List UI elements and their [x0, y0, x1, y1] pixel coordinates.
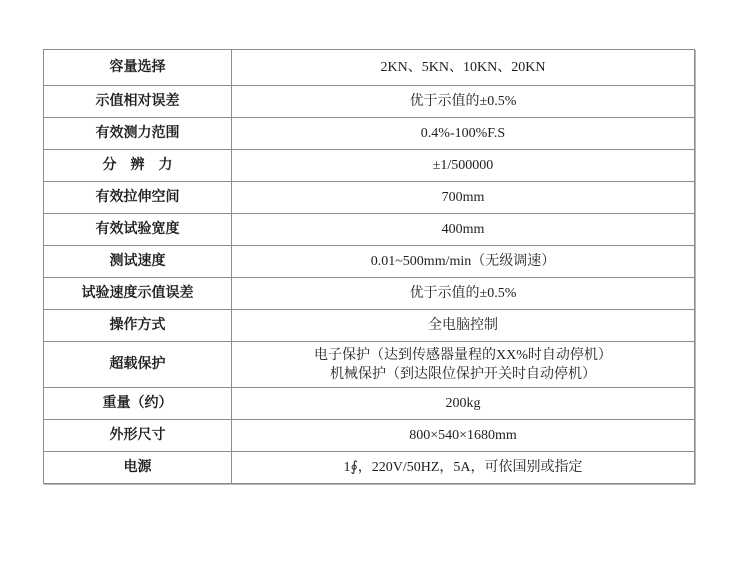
spec-label: 有效拉伸空间 [44, 182, 232, 214]
spec-row-dimensions: 外形尺寸 800×540×1680mm [44, 420, 695, 452]
spec-row-overload-protection: 超载保护 电子保护（达到传感器量程的XX%时自动停机） 机械保护（到达限位保护开… [44, 342, 695, 388]
spec-value: 200kg [232, 388, 695, 420]
spec-value-line-1: 电子保护（达到传感器量程的XX%时自动停机） [238, 346, 688, 365]
spec-value: 0.4%-100%F.S [232, 118, 695, 150]
spec-row-power-supply: 电源 1∮，220V/50HZ，5A，可依国别或指定 [44, 452, 695, 484]
spec-row-test-speed-indication-error: 试验速度示值误差 优于示值的±0.5% [44, 278, 695, 310]
spec-label: 超载保护 [44, 342, 232, 388]
spec-label: 重量（约） [44, 388, 232, 420]
spec-label: 有效测力范围 [44, 118, 232, 150]
spec-label: 容量选择 [44, 50, 232, 86]
spec-value: 优于示值的±0.5% [232, 278, 695, 310]
spec-label: 示值相对误差 [44, 86, 232, 118]
spec-value: 2KN、5KN、10KN、20KN [232, 50, 695, 86]
spec-label: 试验速度示值误差 [44, 278, 232, 310]
spec-label: 分 辨 力 [44, 150, 232, 182]
spec-label: 操作方式 [44, 310, 232, 342]
spec-label: 外形尺寸 [44, 420, 232, 452]
spec-value: 400mm [232, 214, 695, 246]
spec-row-effective-test-width: 有效试验宽度 400mm [44, 214, 695, 246]
spec-value: 全电脑控制 [232, 310, 695, 342]
spec-value-line-2: 机械保护（到达限位保护开关时自动停机） [238, 365, 688, 384]
spec-row-effective-tensile-space: 有效拉伸空间 700mm [44, 182, 695, 214]
spec-row-weight: 重量（约） 200kg [44, 388, 695, 420]
spec-row-operation-mode: 操作方式 全电脑控制 [44, 310, 695, 342]
spec-value: 电子保护（达到传感器量程的XX%时自动停机） 机械保护（到达限位保护开关时自动停… [232, 342, 695, 388]
spec-value: 1∮，220V/50HZ，5A，可依国别或指定 [232, 452, 695, 484]
spec-table-body: 容量选择 2KN、5KN、10KN、20KN 示值相对误差 优于示值的±0.5%… [44, 50, 695, 484]
spec-label: 测试速度 [44, 246, 232, 278]
spec-label: 电源 [44, 452, 232, 484]
spec-row-capacity-selection: 容量选择 2KN、5KN、10KN、20KN [44, 50, 695, 86]
spec-row-test-speed: 测试速度 0.01~500mm/min（无级调速） [44, 246, 695, 278]
spec-label: 有效试验宽度 [44, 214, 232, 246]
spec-row-indication-relative-error: 示值相对误差 优于示值的±0.5% [44, 86, 695, 118]
spec-value: ±1/500000 [232, 150, 695, 182]
spec-row-resolution: 分 辨 力 ±1/500000 [44, 150, 695, 182]
spec-table: 容量选择 2KN、5KN、10KN、20KN 示值相对误差 优于示值的±0.5%… [43, 49, 695, 484]
spec-value: 0.01~500mm/min（无级调速） [232, 246, 695, 278]
spec-row-effective-force-range: 有效测力范围 0.4%-100%F.S [44, 118, 695, 150]
spec-value: 700mm [232, 182, 695, 214]
spec-value: 800×540×1680mm [232, 420, 695, 452]
spec-value: 优于示值的±0.5% [232, 86, 695, 118]
